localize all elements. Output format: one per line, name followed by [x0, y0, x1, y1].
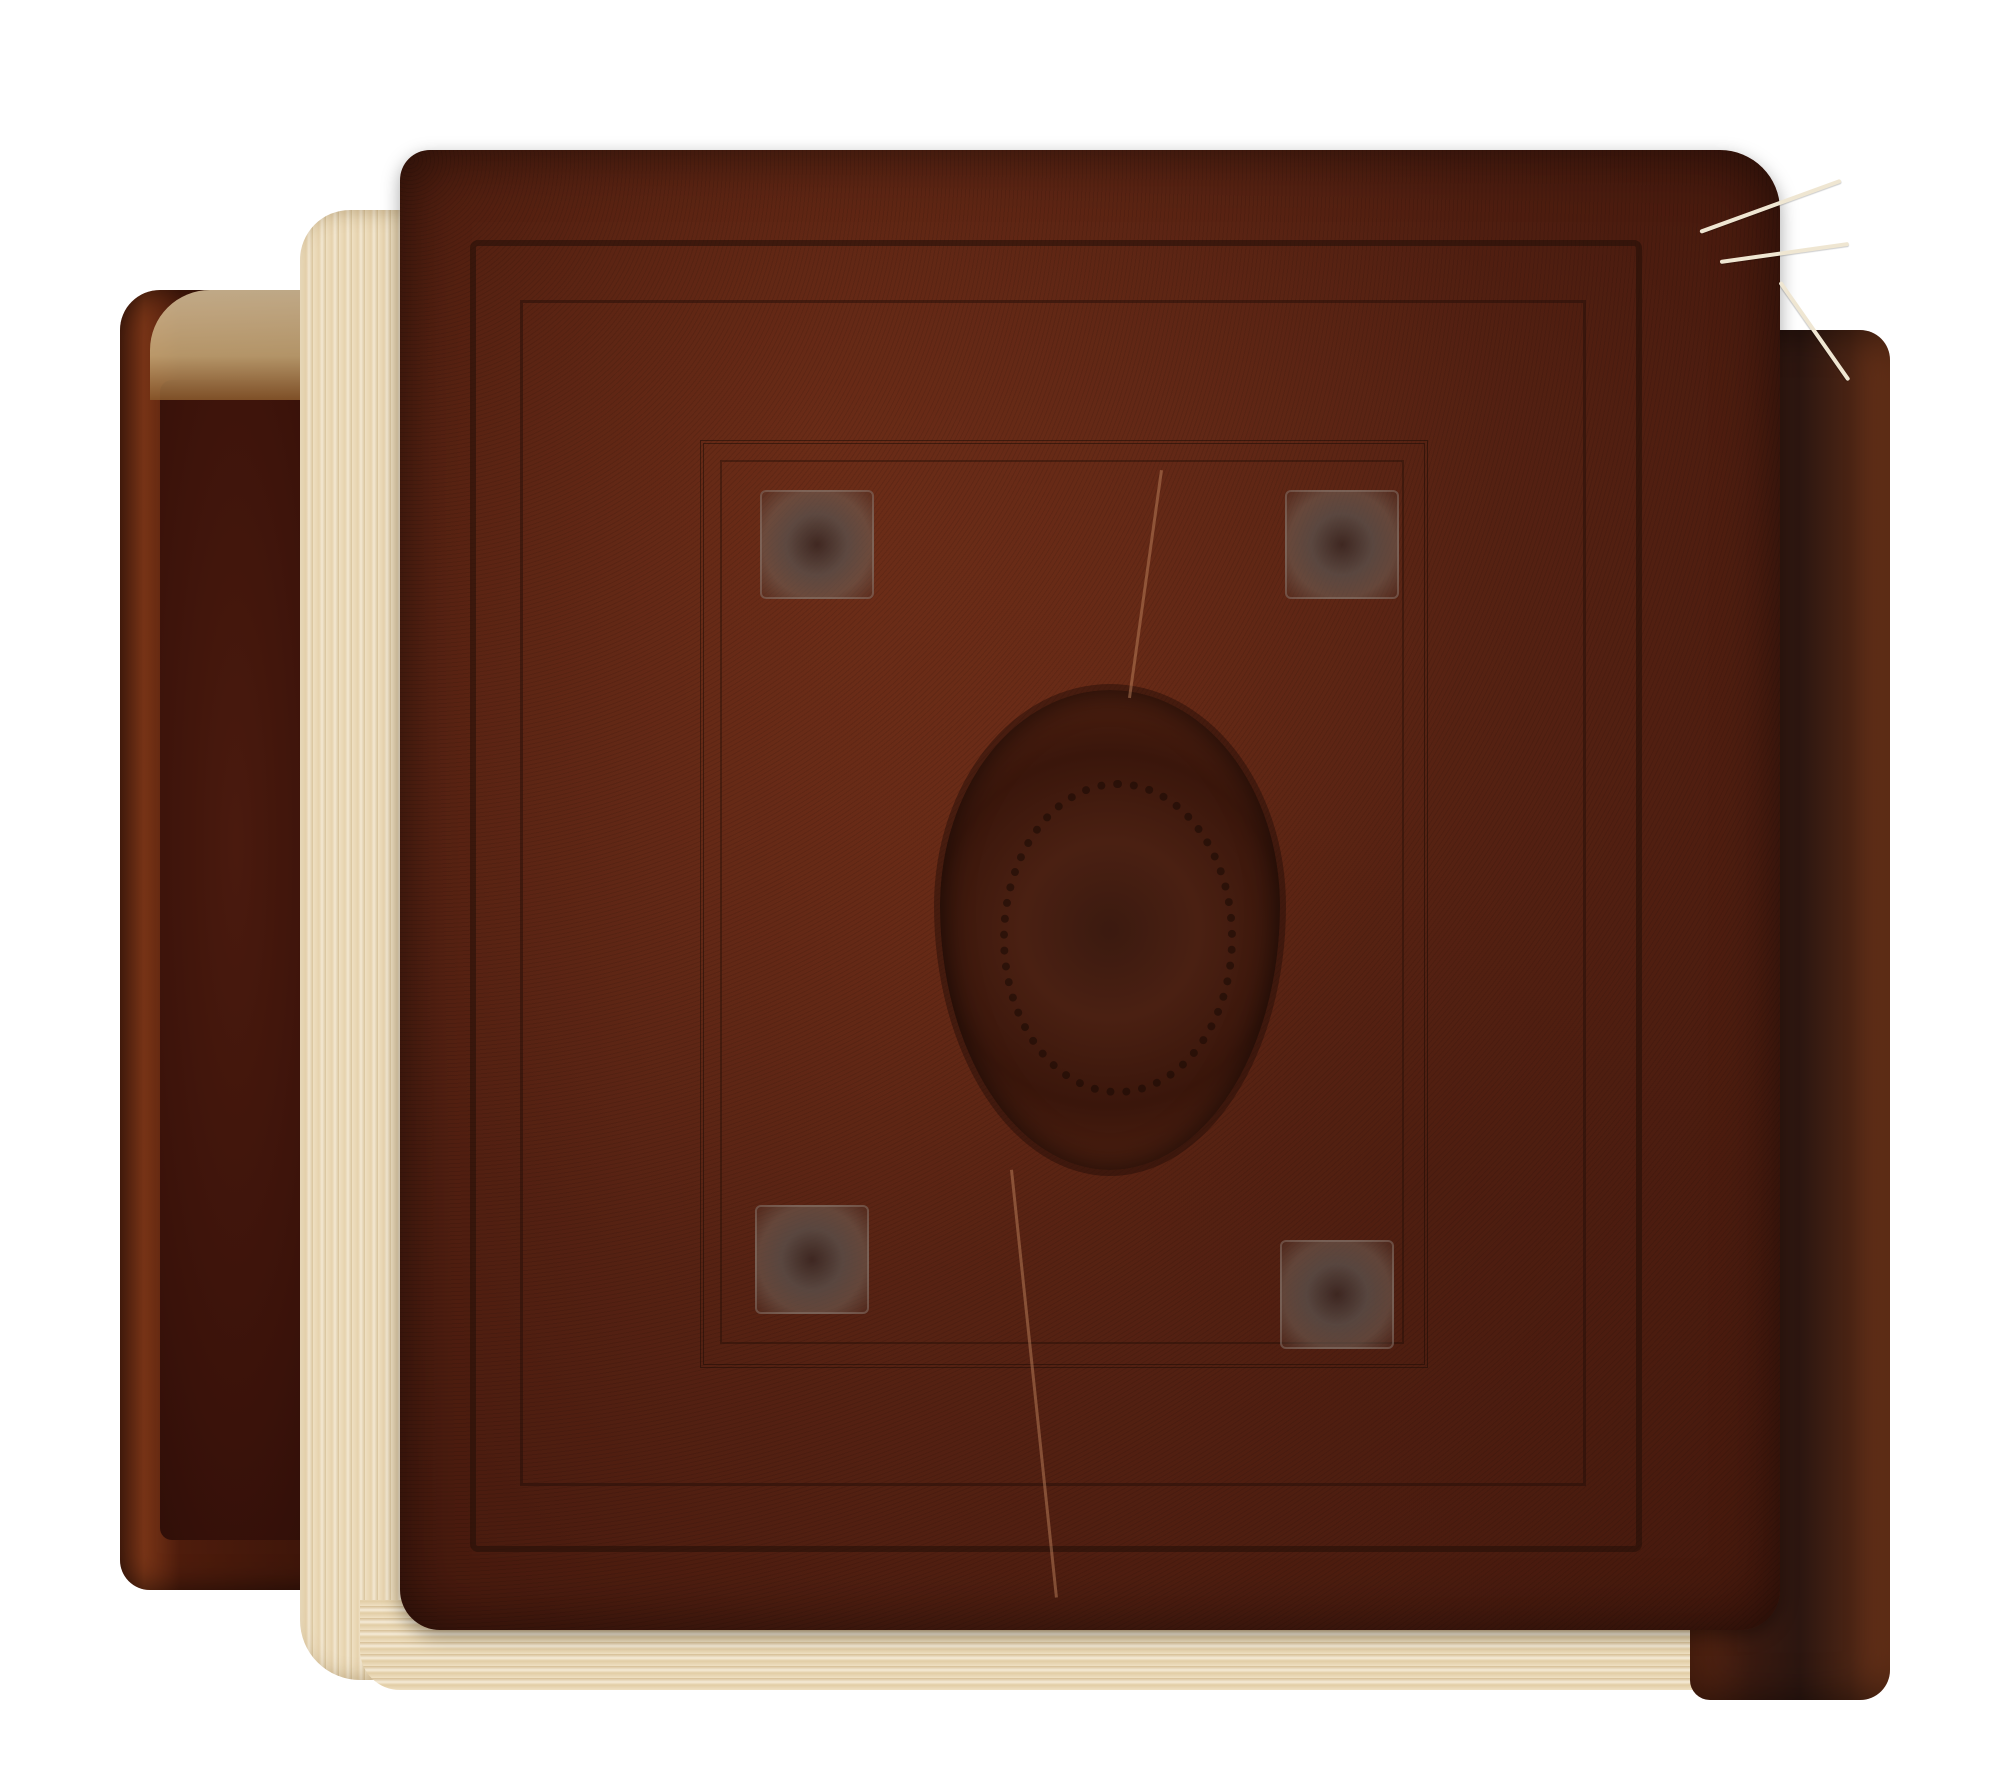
corner-stamp-bottom-right [1280, 1240, 1394, 1349]
book-photograph [0, 0, 2000, 1782]
corner-stamp-top-left [760, 490, 874, 599]
medallion-floral-pattern [1000, 780, 1236, 1096]
corner-stamp-top-right [1285, 490, 1399, 599]
corner-stamp-bottom-left [755, 1205, 869, 1314]
